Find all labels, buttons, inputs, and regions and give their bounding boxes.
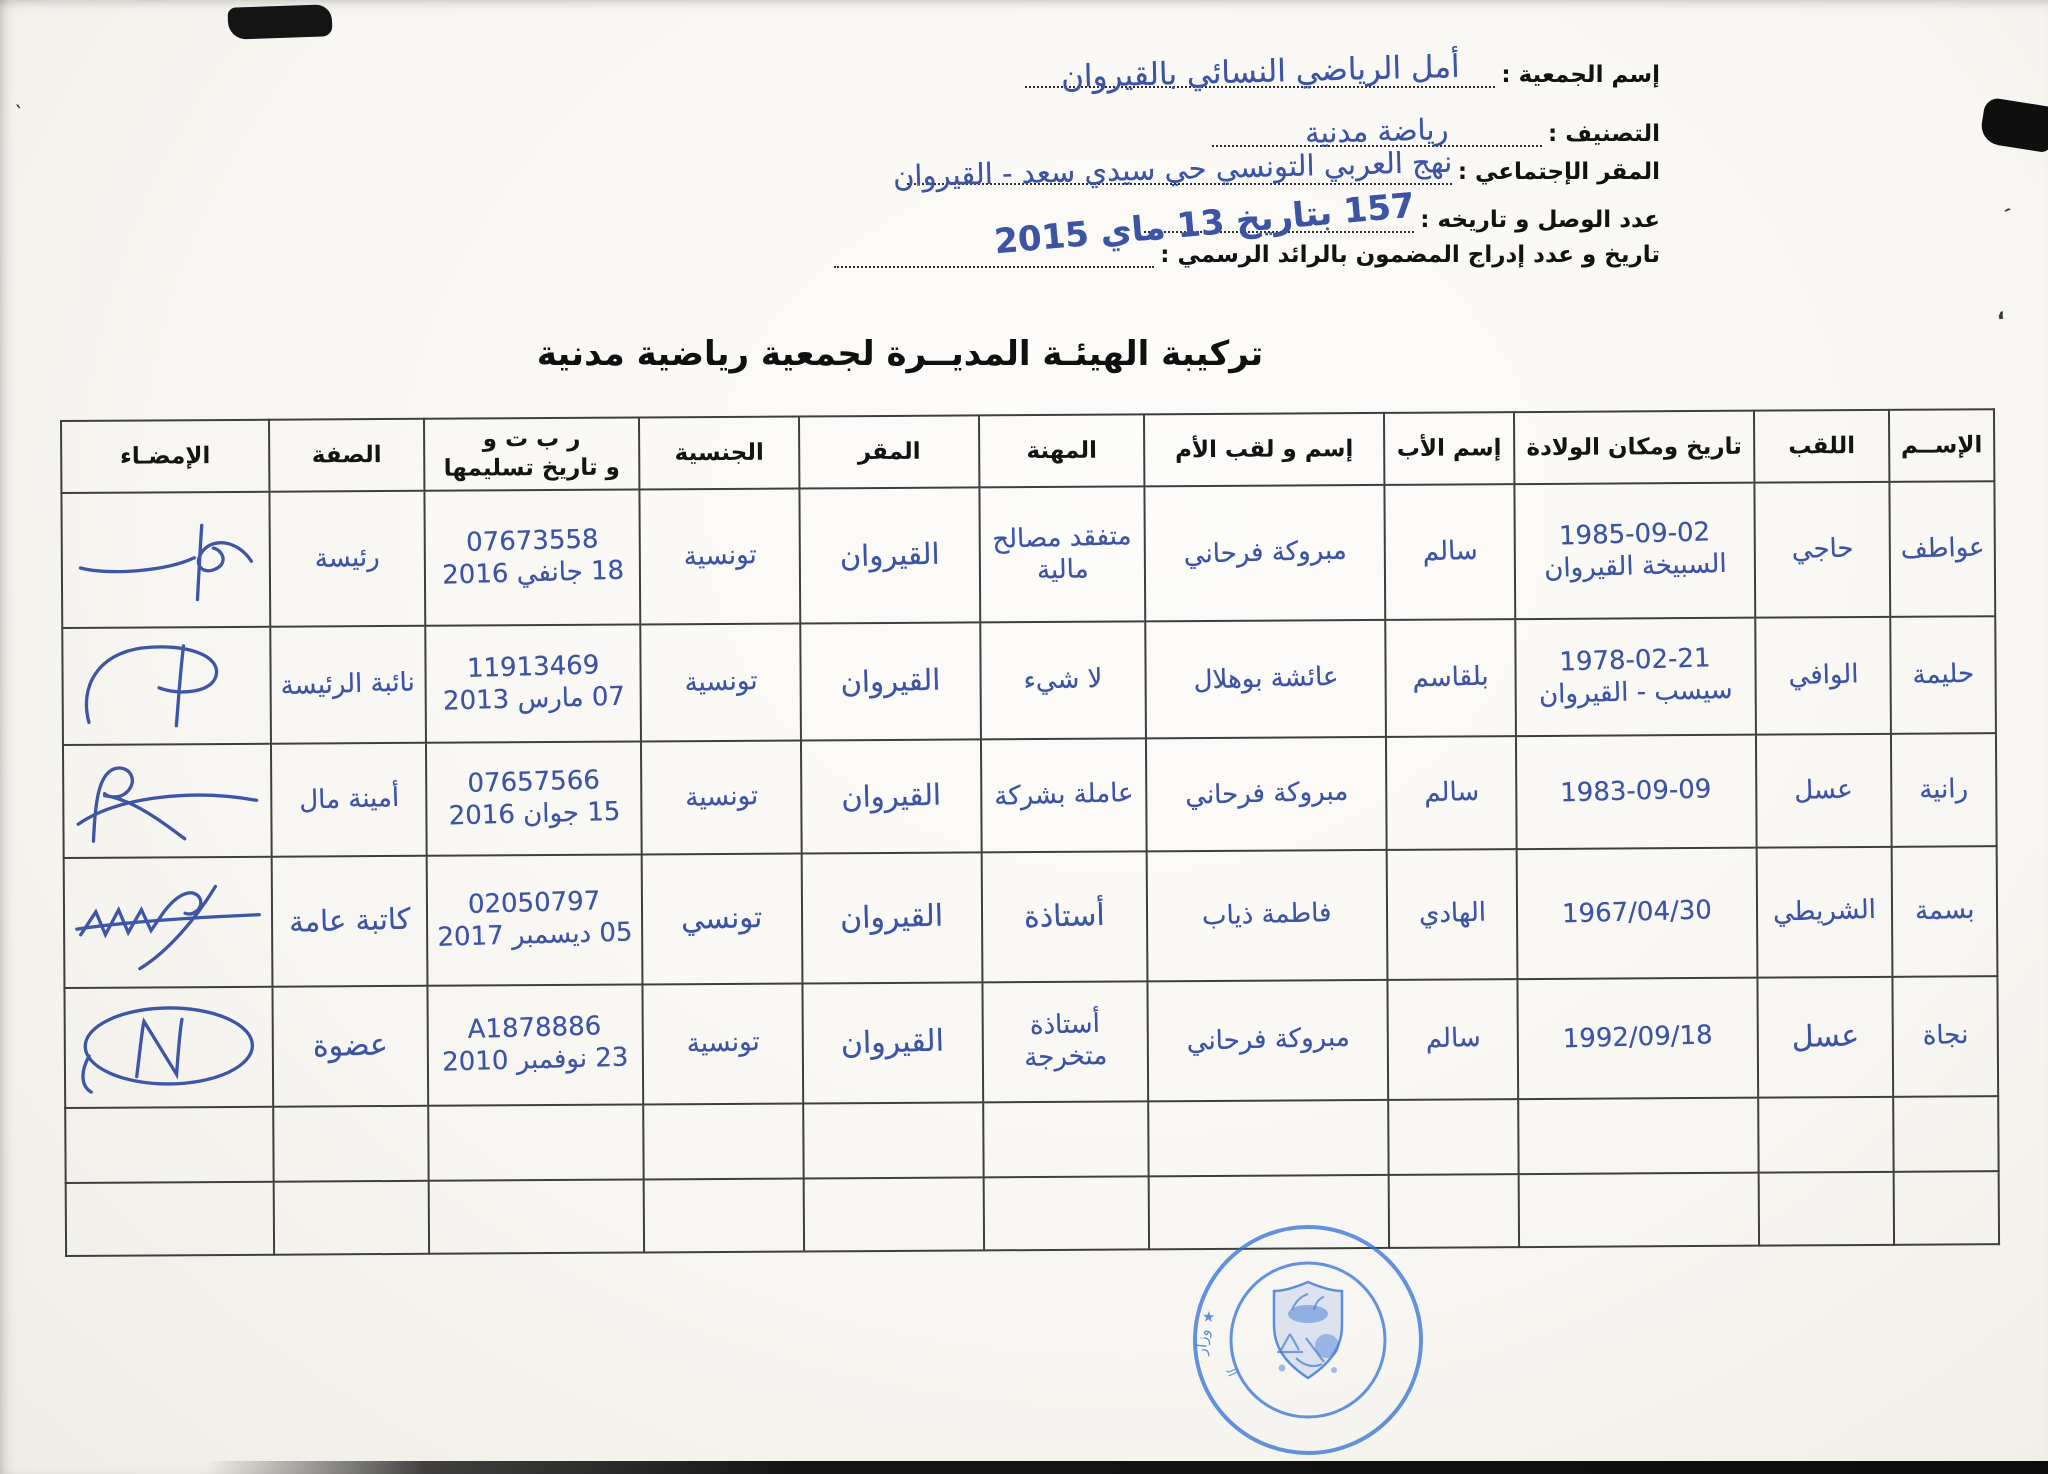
- cell-role: رئيسة: [269, 491, 425, 627]
- cell-id-card: 0765756615 جوان 2016: [426, 741, 642, 855]
- empty-cell: [984, 1176, 1149, 1250]
- cell-birth: 1983-09-09: [1516, 735, 1757, 849]
- empty-cell: [644, 1178, 804, 1252]
- cell-name: حليمة: [1890, 616, 1996, 734]
- empty-cell: [1388, 1099, 1518, 1175]
- header-residence: المقر: [799, 415, 979, 488]
- dotted-line: نهج العربي التونسي حي سيدي سعد - القيروا…: [907, 152, 1452, 185]
- header-mother: إسم و لقب الأم: [1144, 413, 1384, 486]
- cell-father: سالم: [1387, 979, 1518, 1100]
- board-members-table-wrap: الإســم اللقب تاريخ ومكان الولادة إسم ال…: [62, 408, 2000, 1257]
- cell-role: كاتبة عامة: [272, 856, 428, 987]
- scan-shadow-bottom-edge: [205, 1461, 2048, 1474]
- scan-ink-blob-right-edge: [1979, 97, 2048, 154]
- headquarters-value: نهج العربي التونسي حي سيدي سعد - القيروا…: [892, 145, 1452, 194]
- table-row-empty: [66, 1171, 1999, 1256]
- stamp-emblem: [1274, 1282, 1342, 1378]
- signature-row-4: [73, 874, 264, 970]
- cell-signature: [61, 492, 270, 628]
- scanned-document-page: ˏ ، ˎ إسم الجمعية : أمل الرياضي النسائي …: [0, 0, 2048, 1474]
- dotted-line: رياضة مدنية: [1212, 114, 1542, 147]
- table-row-empty: [65, 1096, 1998, 1183]
- header-nationality: الجنسية: [639, 416, 799, 489]
- cell-mother: مبروكة فرحاني: [1146, 737, 1387, 851]
- cell-name: رانية: [1891, 733, 1997, 847]
- cell-nationality: تونسي: [642, 853, 803, 984]
- header-job: المهنة: [979, 414, 1144, 487]
- scan-mark: ˏ: [2000, 187, 2019, 214]
- cell-signature: [64, 987, 273, 1108]
- dotted-line: أمل الرياضي النسائي بالقيروان: [1025, 54, 1495, 88]
- empty-cell: [66, 1182, 274, 1256]
- cell-father: سالم: [1384, 484, 1515, 620]
- form-line-headquarters: المقر الإجتماعي : نهج العربي التونسي حي …: [907, 152, 1660, 185]
- cell-father: سالم: [1386, 736, 1517, 850]
- cell-job: متفقد مصالح مالية: [979, 486, 1145, 622]
- cell-signature: [63, 744, 272, 858]
- cell-birth: 1992/09/18: [1517, 978, 1758, 1099]
- cell-nationality: تونسية: [641, 740, 802, 854]
- cell-residence: القيروان: [800, 622, 981, 740]
- cell-surname: حاجي: [1754, 482, 1890, 618]
- cell-mother: فاطمة ذياب: [1147, 850, 1388, 981]
- cell-father: الهادي: [1387, 849, 1518, 980]
- cell-surname: عسل: [1757, 977, 1893, 1098]
- cell-father: بلقاسم: [1385, 619, 1516, 737]
- cell-birth: 1967/04/30: [1517, 848, 1758, 979]
- headquarters-label: المقر الإجتماعي :: [1458, 159, 1660, 185]
- table-header-row: الإســم اللقب تاريخ ومكان الولادة إسم ال…: [61, 409, 1994, 493]
- cell-role: عضوة: [272, 986, 428, 1107]
- cell-birth: 1985-09-02السبيخة القيروان: [1514, 483, 1755, 619]
- header-signature: الإمضـاء: [61, 420, 269, 493]
- form-line-receipt-number: عدد الوصل و تاريخه : 157 بتاريخ 13 ماي 2…: [1144, 196, 1660, 233]
- table-row: عواطف حاجي 1985-09-02السبيخة القيروان سا…: [61, 481, 1995, 628]
- empty-cell: [804, 1177, 984, 1251]
- header-father: إسم الأب: [1384, 412, 1514, 485]
- cell-job: أستاذة متخرجة: [982, 981, 1148, 1102]
- header-role: الصفة: [269, 419, 424, 492]
- cell-birth: 1978-02-21سيسب - القيروان: [1515, 618, 1756, 736]
- empty-cell: [1518, 1098, 1758, 1174]
- cell-id-card: A187888623 نوفمبر 2010: [427, 984, 643, 1105]
- empty-cell: [1519, 1173, 1759, 1247]
- scan-mark: ،: [1994, 299, 2007, 325]
- empty-cell: [1759, 1172, 1894, 1246]
- table-row: بسمة الشريطي 1967/04/30 الهادي فاطمة ذيا…: [64, 846, 1998, 988]
- cell-surname: الوافي: [1755, 617, 1891, 735]
- empty-cell: [65, 1107, 273, 1183]
- association-name-value: أمل الرياضي النسائي بالقيروان: [1061, 49, 1460, 95]
- cell-job: لا شيء: [980, 621, 1146, 739]
- table-row: نجاة عسل 1992/09/18 سالم مبروكة فرحاني أ…: [64, 976, 1998, 1108]
- signature-row-5: [74, 999, 265, 1095]
- cell-id-card: 1191346907 مارس 2013: [425, 624, 641, 742]
- signature-row-2: [71, 638, 262, 734]
- form-line-classification: التصنيف : رياضة مدنية: [1212, 114, 1660, 147]
- scan-ink-blob-top-left: [227, 4, 332, 40]
- form-line-gazette-registration: تاريخ و عدد إدراج المضمون بالرائد الرسمي…: [834, 242, 1660, 268]
- header-name: الإســم: [1889, 409, 1994, 482]
- cell-mother: مبروكة فرحاني: [1147, 980, 1388, 1101]
- cell-name: عواطف: [1889, 481, 1995, 617]
- cell-nationality: تونسية: [640, 623, 801, 741]
- empty-cell: [428, 1104, 643, 1180]
- cell-residence: القيروان: [802, 982, 983, 1103]
- form-line-association-name: إسم الجمعية : أمل الرياضي النسائي بالقير…: [1025, 54, 1660, 88]
- table-row: حليمة الوافي 1978-02-21سيسب - القيروان ب…: [62, 616, 1996, 745]
- scan-mark: ˎ: [15, 87, 27, 109]
- empty-cell: [274, 1181, 429, 1255]
- cell-role: أمينة مال: [271, 743, 427, 857]
- cell-name: بسمة: [1892, 846, 1998, 977]
- official-round-stamp: ★ وزارة الشباب والرياضة ★ المندوبية الجه…: [1186, 1218, 1430, 1462]
- table-row: رانية عسل 1983-09-09 سالم مبروكة فرحاني …: [63, 733, 1997, 858]
- cell-nationality: تونسية: [642, 983, 803, 1104]
- empty-cell: [803, 1102, 983, 1178]
- cell-job: أستاذة: [982, 851, 1148, 982]
- empty-cell: [1148, 1100, 1388, 1176]
- cell-role: نائبة الرئيسة: [270, 626, 426, 744]
- cell-residence: القيروان: [799, 487, 980, 623]
- header-birth: تاريخ ومكان الولادة: [1514, 411, 1754, 484]
- header-surname: اللقب: [1754, 410, 1889, 483]
- cell-mother: عائشة بوهلال: [1145, 620, 1386, 738]
- association-name-label: إسم الجمعية :: [1501, 62, 1660, 88]
- cell-surname: الشريطي: [1757, 847, 1893, 978]
- cell-residence: القيروان: [801, 739, 982, 853]
- cell-signature: [62, 627, 271, 745]
- empty-cell: [273, 1106, 428, 1182]
- empty-cell: [983, 1101, 1148, 1177]
- gazette-registration-label: تاريخ و عدد إدراج المضمون بالرائد الرسمي…: [1160, 242, 1660, 268]
- header-id-card: ر ب ت و و تاريخ تسليمها: [424, 417, 639, 490]
- signature-row-1: [71, 512, 262, 608]
- stamp-arc-top-text: ★ وزارة الشباب والرياضة ★: [1186, 1218, 1219, 1357]
- cell-nationality: تونسية: [639, 488, 800, 624]
- empty-cell: [1894, 1171, 1999, 1245]
- document-title: تركيبة الهيئـة المديــرة لجمعية رياضية م…: [0, 334, 1800, 374]
- cell-id-card: 0767355818 جانفي 2016: [424, 489, 640, 625]
- signature-row-3: [72, 753, 263, 849]
- board-members-table: الإســم اللقب تاريخ ومكان الولادة إسم ال…: [60, 408, 2000, 1257]
- cell-job: عاملة بشركة: [981, 738, 1147, 852]
- dotted-line: 157 بتاريخ 13 ماي 2015: [1144, 196, 1414, 233]
- empty-cell: [1758, 1097, 1893, 1173]
- classification-label: التصنيف :: [1548, 121, 1660, 147]
- svg-text:★ وزارة الشباب والرياضة ★: ★ وزارة الشباب والرياضة ★: [1186, 1218, 1219, 1357]
- cell-mother: مبروكة فرحاني: [1144, 485, 1385, 621]
- empty-cell: [1893, 1096, 1998, 1172]
- empty-cell: [643, 1103, 803, 1179]
- empty-cell: [429, 1179, 644, 1253]
- cell-name: نجاة: [1892, 976, 1998, 1097]
- cell-residence: القيروان: [802, 852, 983, 983]
- cell-surname: عسل: [1756, 734, 1892, 848]
- cell-signature: [64, 857, 273, 988]
- dotted-line: [834, 247, 1154, 268]
- receipt-number-label: عدد الوصل و تاريخه :: [1420, 207, 1660, 233]
- classification-value: رياضة مدنية: [1305, 112, 1449, 150]
- cell-id-card: 0205079705 ديسمبر 2017: [427, 854, 643, 985]
